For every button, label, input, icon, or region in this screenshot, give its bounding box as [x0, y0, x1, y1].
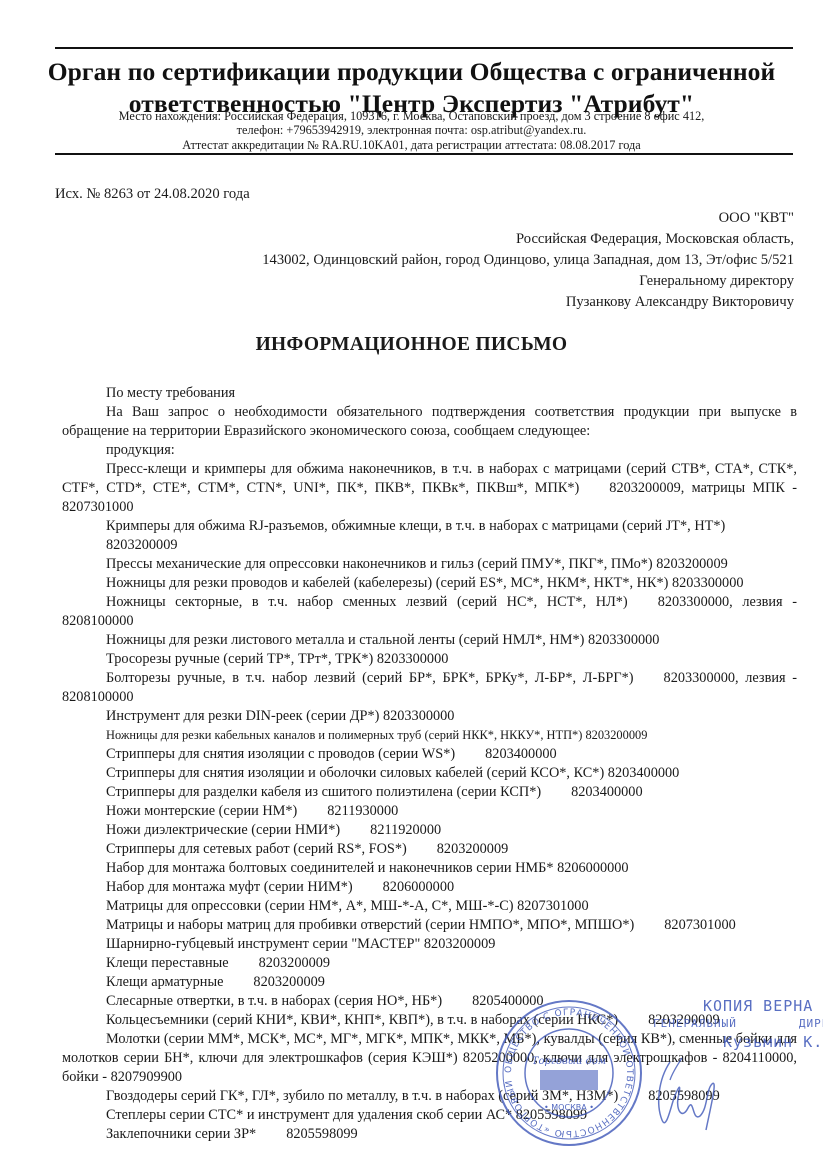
product-item: Тросорезы ручные (серий ТР*, ТРт*, ТРК*)… [62, 650, 797, 669]
recipient-company: ООО "КВТ" [719, 208, 794, 229]
intro-request: На Ваш запрос о необходимости обязательн… [62, 403, 797, 441]
product-name: Кольцесъемники (серий КНИ*, КВИ*, КНП*, … [106, 1012, 618, 1028]
product-name: Матрицы и наборы матриц для пробивки отв… [106, 917, 634, 933]
product-tnved-code: 8203300000 [672, 575, 743, 591]
product-item: Гвоздодеры серий ГК*, ГЛ*, зубило по мет… [62, 1087, 797, 1106]
product-tnved-code: 8211920000 [370, 822, 441, 838]
header-top-rule [55, 47, 793, 49]
product-name: Шарнирно-губцевый инструмент серии "МАСТ… [106, 936, 420, 952]
product-name: Ножницы секторные, в т.ч. набор сменных … [106, 594, 628, 610]
product-tnved-code: 8203200009 [106, 537, 177, 553]
header-bottom-rule [55, 153, 793, 155]
product-name: Степлеры серии СТС* и инструмент для уда… [106, 1107, 512, 1123]
product-name: Тросорезы ручные (серий ТР*, ТРт*, ТРК*) [106, 651, 373, 667]
product-item: Набор для монтажа муфт (серии НИМ*)82060… [62, 878, 797, 897]
letter-body: По месту требования На Ваш запрос о необ… [62, 384, 797, 1144]
product-tnved-code: 8206000000 [383, 879, 454, 895]
product-name: Инструмент для резки DIN-реек (серии ДР*… [106, 708, 379, 724]
product-item: Ножницы для резки проводов и кабелей (ка… [62, 574, 797, 593]
product-name: Стрипперы для снятия изоляции и оболочки… [106, 765, 604, 781]
product-name: Стрипперы для разделки кабеля из сшитого… [106, 784, 541, 800]
product-item: Заклепочники серии ЗР*8205598099 [62, 1125, 797, 1144]
product-item: Ножницы для резки кабельных каналов и по… [62, 726, 797, 745]
product-tnved-code: 8207301000 [517, 898, 588, 914]
outgoing-number: Исх. № 8263 от 24.08.2020 года [55, 186, 250, 203]
product-tnved-code: 8211930000 [327, 803, 398, 819]
product-tnved-code: 8203300000 [383, 708, 454, 724]
intro-products-label: продукция: [62, 441, 797, 460]
product-tnved-code: 8207301000 [664, 917, 735, 933]
product-tnved-code: 8203200009 [259, 955, 330, 971]
product-name: Набор для монтажа болтовых соединителей … [106, 860, 554, 876]
product-tnved-code: 8203200009 [253, 974, 324, 990]
product-tnved-code: 8205598099 [286, 1126, 357, 1142]
product-name: Набор для монтажа муфт (серии НИМ*) [106, 879, 353, 895]
org-accreditation: Аттестат аккредитации № RA.RU.10KA01, да… [0, 137, 823, 154]
product-tnved-code: 8205400000 [472, 993, 543, 1009]
product-name: Стрипперы для снятия изоляции с проводов… [106, 746, 455, 762]
product-tnved-code: 8203400000 [608, 765, 679, 781]
product-tnved-code: 8203200009 [585, 728, 647, 742]
product-name: Ножницы для резки кабельных каналов и по… [106, 728, 582, 742]
product-item: Ножницы для резки листового металла и ст… [62, 631, 797, 650]
product-item: Стрипперы для разделки кабеля из сшитого… [62, 783, 797, 802]
product-item: Стрипперы для сетевых работ (серий RS*, … [62, 840, 797, 859]
product-item: Кримперы для обжима RJ-разъемов, обжимны… [62, 517, 797, 555]
product-name: Матрицы для опрессовки (серии НМ*, А*, М… [106, 898, 514, 914]
product-name: Клещи арматурные [106, 974, 223, 990]
product-name: Заклепочники серии ЗР* [106, 1126, 256, 1142]
product-item: Слесарные отвертки, в т.ч. в наборах (се… [62, 992, 797, 1011]
recipient-name: Пузанкову Александру Викторовичу [566, 292, 794, 313]
org-name-line1: Орган по сертификации продукции Общества… [0, 56, 823, 88]
product-item: Клещи арматурные8203200009 [62, 973, 797, 992]
product-item: Ножницы секторные, в т.ч. набор сменных … [62, 593, 797, 631]
product-tnved-code: 8203200009 [437, 841, 508, 857]
product-item: Матрицы и наборы матриц для пробивки отв… [62, 916, 797, 935]
product-item: Пресс-клещи и кримперы для обжима наконе… [62, 460, 797, 517]
product-name: Кримперы для обжима RJ-разъемов, обжимны… [106, 518, 725, 534]
product-item: Молотки (серии ММ*, МСК*, МС*, МГ*, МГК*… [62, 1030, 797, 1087]
product-name: Прессы механические для опрессовки након… [106, 556, 653, 572]
product-list: Пресс-клещи и кримперы для обжима наконе… [62, 460, 797, 1144]
product-item: Кольцесъемники (серий КНИ*, КВИ*, КНП*, … [62, 1011, 797, 1030]
product-item: Шарнирно-губцевый инструмент серии "МАСТ… [62, 935, 797, 954]
intro-to-whom: По месту требования [62, 384, 797, 403]
product-name: Ножницы для резки проводов и кабелей (ка… [106, 575, 668, 591]
product-tnved-code: 8203400000 [485, 746, 556, 762]
recipient-region: Российская Федерация, Московская область… [516, 229, 794, 250]
product-tnved-code: 8205598099 [648, 1088, 719, 1104]
product-item: Ножи монтерские (серии НМ*)8211930000 [62, 802, 797, 821]
product-item: Степлеры серии СТС* и инструмент для уда… [62, 1106, 797, 1125]
product-name: Болторезы ручные, в т.ч. набор лезвий (с… [106, 670, 634, 686]
recipient-position: Генеральному директору [639, 271, 794, 292]
product-tnved-code: 8203200009 [424, 936, 495, 952]
product-tnved-code: 8203300000 [588, 632, 659, 648]
product-item: Клещи переставные8203200009 [62, 954, 797, 973]
recipient-address: 143002, Одинцовский район, город Одинцов… [262, 250, 794, 271]
product-item: Болторезы ручные, в т.ч. набор лезвий (с… [62, 669, 797, 707]
product-tnved-code: 8206000000 [557, 860, 628, 876]
product-tnved-code: 8203400000 [571, 784, 642, 800]
product-tnved-code: 8203300000 [377, 651, 448, 667]
product-item: Матрицы для опрессовки (серии НМ*, А*, М… [62, 897, 797, 916]
document-title: ИНФОРМАЦИОННОЕ ПИСЬМО [0, 334, 823, 356]
product-name: Ножи диэлектрические (серии НМИ*) [106, 822, 340, 838]
product-name: Клещи переставные [106, 955, 229, 971]
product-name: Гвоздодеры серий ГК*, ГЛ*, зубило по мет… [106, 1088, 618, 1104]
product-tnved-code: 8205598099 [516, 1107, 587, 1123]
product-item: Инструмент для резки DIN-реек (серии ДР*… [62, 707, 797, 726]
product-item: Прессы механические для опрессовки након… [62, 555, 797, 574]
product-item: Стрипперы для снятия изоляции с проводов… [62, 745, 797, 764]
product-name: Слесарные отвертки, в т.ч. в наборах (се… [106, 993, 442, 1009]
product-name: Ножи монтерские (серии НМ*) [106, 803, 297, 819]
product-item: Набор для монтажа болтовых соединителей … [62, 859, 797, 878]
product-tnved-code: 8203200009 [648, 1012, 719, 1028]
product-name: Стрипперы для сетевых работ (серий RS*, … [106, 841, 407, 857]
product-item: Ножи диэлектрические (серии НМИ*)8211920… [62, 821, 797, 840]
product-name: Ножницы для резки листового металла и ст… [106, 632, 584, 648]
product-tnved-code: 8203200009 [656, 556, 727, 572]
product-item: Стрипперы для снятия изоляции и оболочки… [62, 764, 797, 783]
